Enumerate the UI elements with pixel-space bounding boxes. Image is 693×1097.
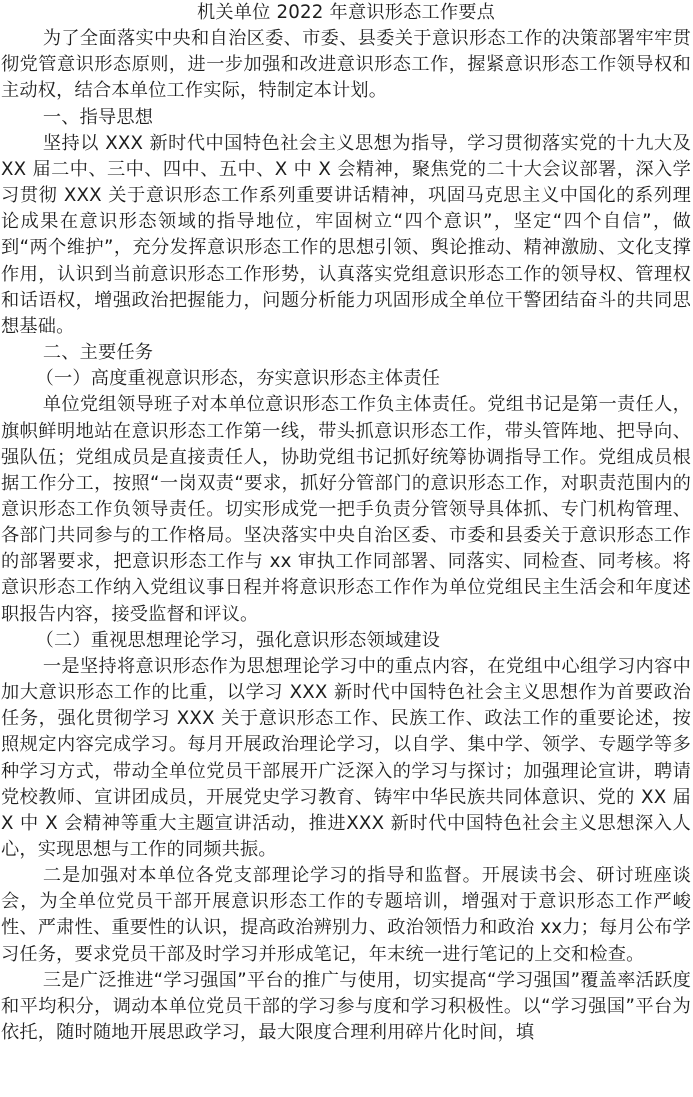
- section-heading-guiding-ideology: 一、指导思想: [1, 105, 691, 131]
- document-page: 机关单位 2022 年意识形态工作要点 为了全面落实中央和自治区委、市委、县委关…: [0, 0, 693, 1046]
- section-heading-main-tasks: 二、主要任务: [1, 340, 691, 366]
- subsection-heading-1: （一）高度重视意识形态，夯实意识形态主体责任: [1, 366, 691, 392]
- subsection-2-paragraph-1: 一是坚持将意识形态作为思想理论学习中的重点内容，在党组中心组学习内容中加大意识形…: [1, 654, 691, 863]
- subsection-1-paragraph: 单位党组领导班子对本单位意识形态工作负主体责任。党组书记是第一责任人，旗帜鲜明地…: [1, 392, 691, 627]
- subsection-2-paragraph-3: 三是广泛推进“学习强国”平台的推广与使用，切实提高“学习强国”覆盖率活跃度和平均…: [1, 968, 691, 1046]
- guiding-ideology-paragraph: 坚持以 XXX 新时代中国特色社会主义思想为指导，学习贯彻落实党的十九大及 XX…: [1, 131, 691, 340]
- document-title: 机关单位 2022 年意识形态工作要点: [1, 0, 691, 26]
- subsection-2-paragraph-2: 二是加强对本单位各党支部理论学习的指导和监督。开展读书会、研讨班座谈会，为全单位…: [1, 863, 691, 968]
- subsection-heading-2: （二）重视思想理论学习，强化意识形态领域建设: [1, 628, 691, 654]
- intro-paragraph: 为了全面落实中央和自治区委、市委、县委关于意识形态工作的决策部署牢牢贯彻党管意识…: [1, 26, 691, 104]
